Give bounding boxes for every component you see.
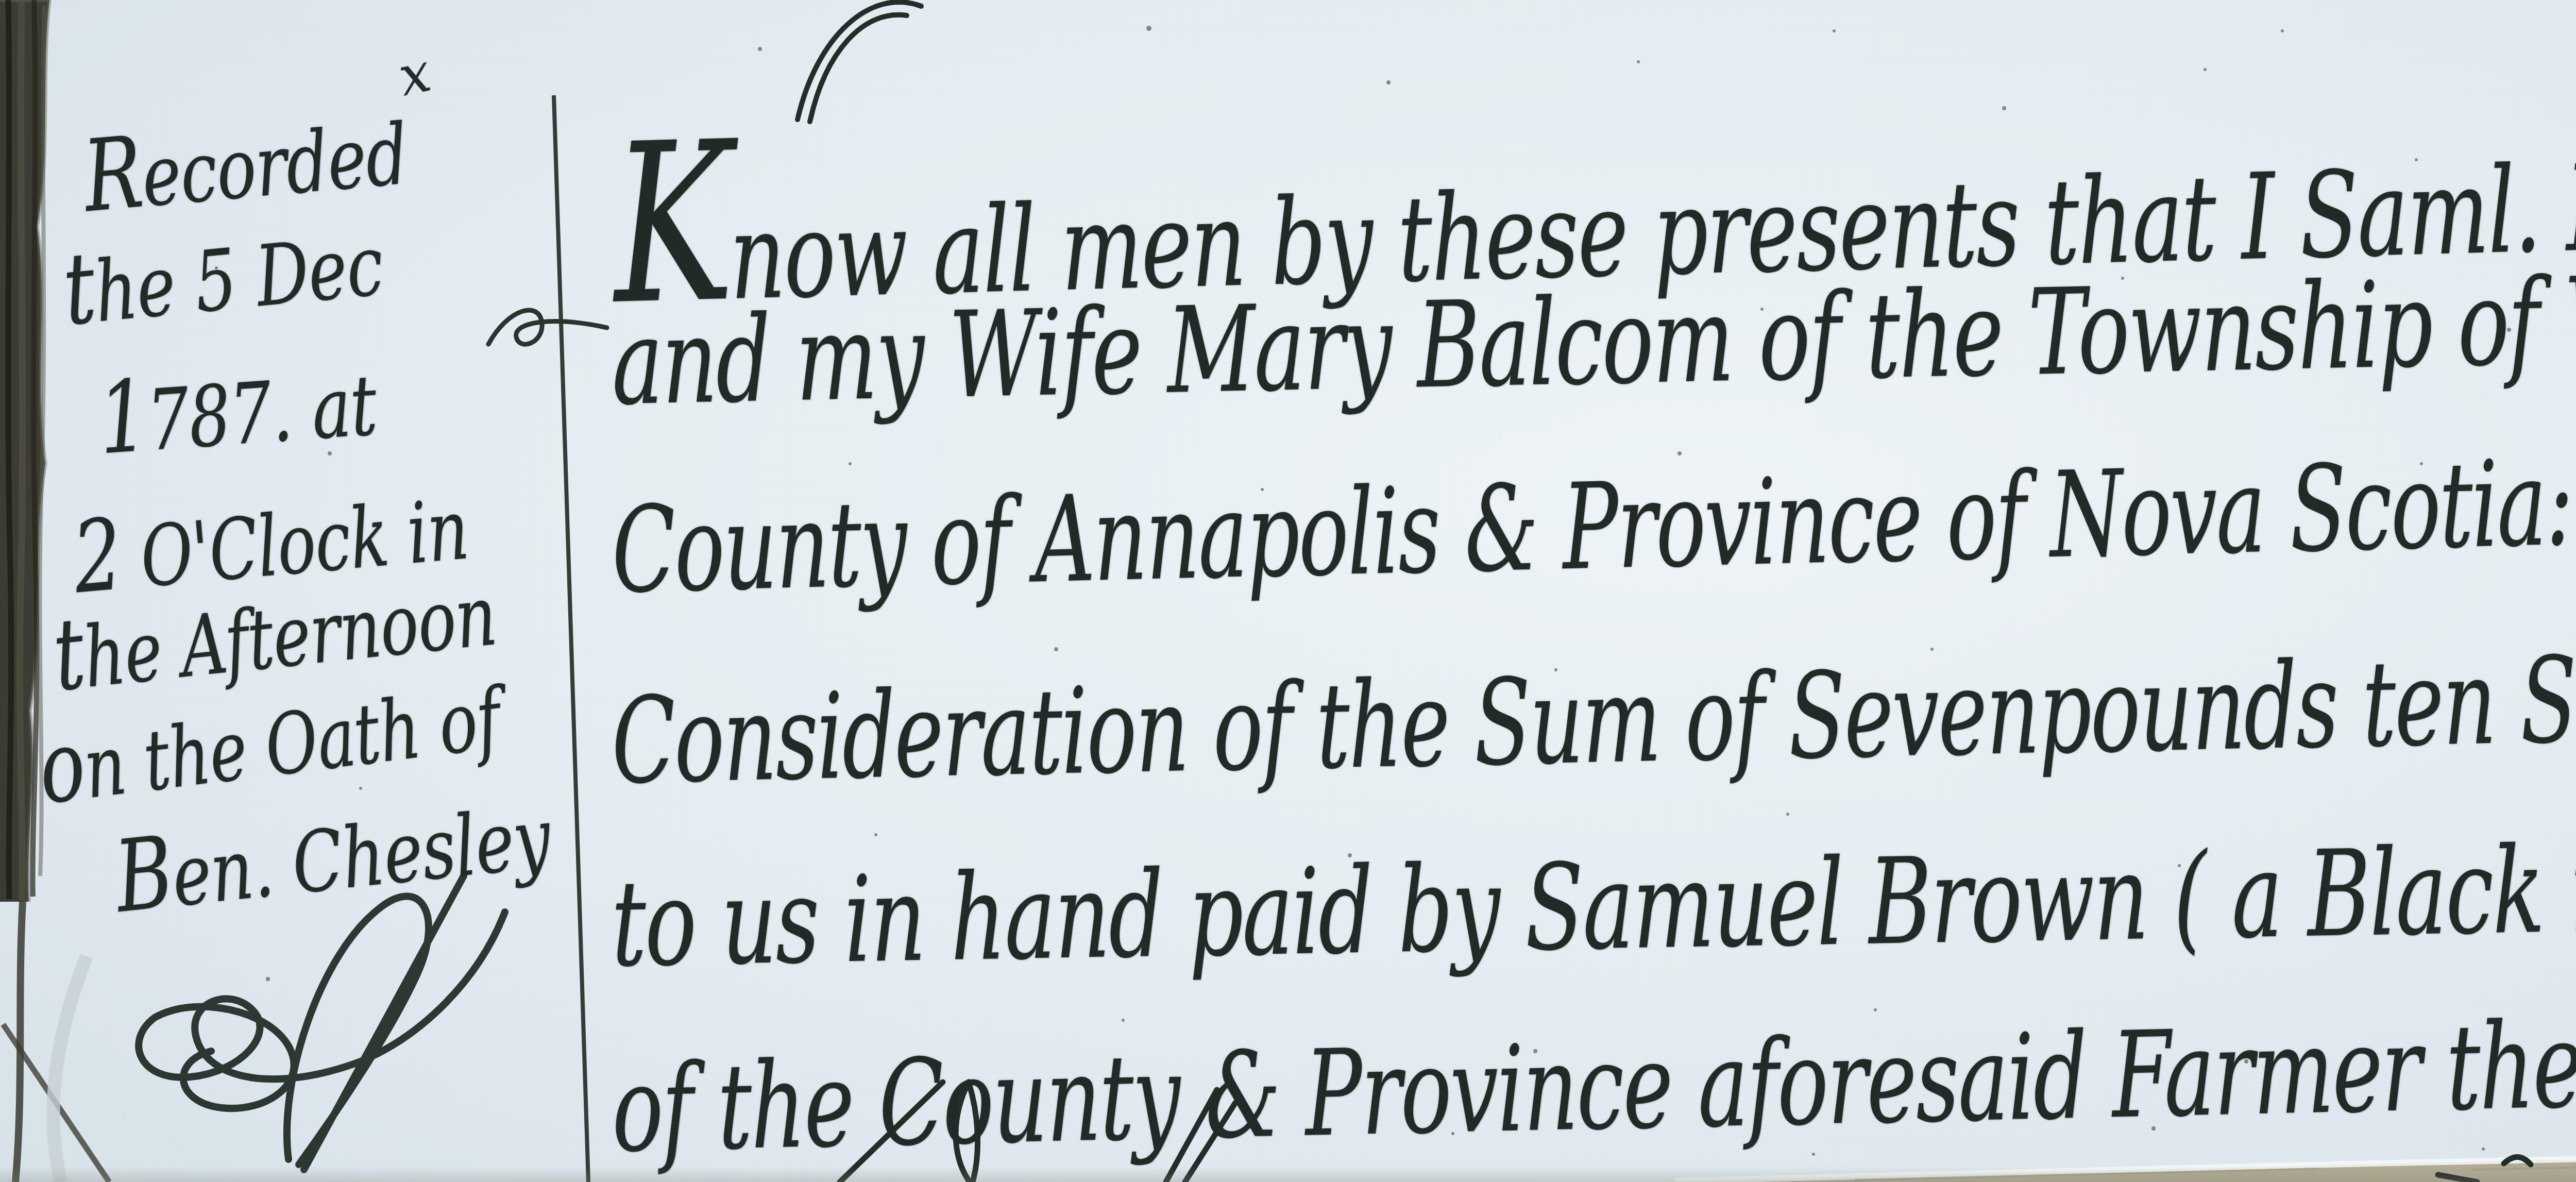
deed-text-line: to us in hand paid by Samuel Brown ( a B… xyxy=(611,828,2576,984)
rule-top-curl xyxy=(488,310,607,344)
bottom-edge-shadow xyxy=(0,1167,2576,1182)
column-rule xyxy=(488,95,607,1182)
margin-note-line: 1787. at xyxy=(95,351,379,469)
top-edge-stroke-fragment xyxy=(798,2,921,122)
manuscript-scan-page: x Recorded the 5 Dec 1787. at 2 O'Clock … xyxy=(0,0,2576,1182)
